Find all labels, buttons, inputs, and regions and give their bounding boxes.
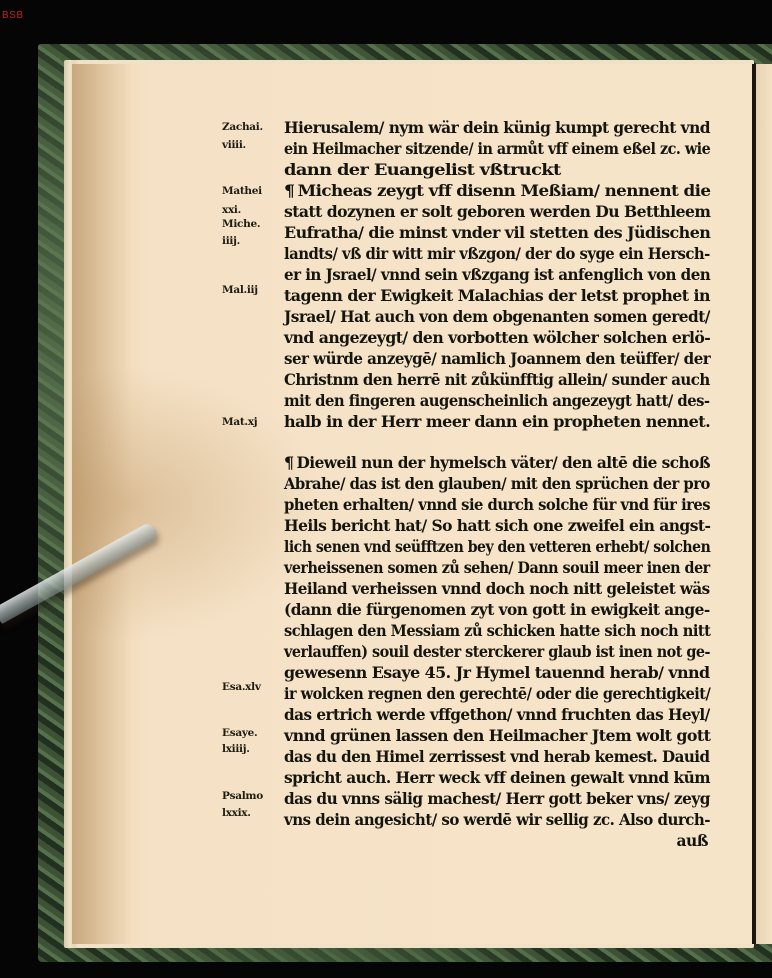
text-line: pheten erhalten/ vnnd sie durch solche f…: [284, 494, 710, 515]
margin-note: xxi.: [222, 203, 241, 218]
library-watermark: BSB: [2, 10, 24, 21]
margin-note: lxxix.: [222, 806, 251, 821]
text-line: Christnm den herrē nit zůkünfftig allein…: [284, 369, 710, 390]
text-line: halb in der Herr meer dann ein propheten…: [284, 411, 710, 432]
text-line: er in Jsrael/ vnnd sein vßzgang ist anfe…: [284, 264, 710, 285]
paragraph-mark-icon: ¶: [284, 453, 294, 472]
margin-note: Psalmo: [222, 789, 263, 804]
text-line: ir wolcken regnen den gerechtē/ oder die…: [284, 683, 710, 704]
text-line-paragraph-start: ¶Micheas zeygt vff disenn Meßiam/ nennen…: [284, 180, 710, 201]
margin-note: Miche.: [222, 217, 260, 232]
margin-note: Esa.xlv: [222, 680, 261, 695]
text-line: Hierusalem/ nym wär dein künig kumpt ger…: [284, 117, 710, 138]
text-line: verlauffen) souil dester sterckerer glau…: [284, 641, 710, 662]
margin-note: Esaye.: [222, 726, 257, 741]
text-line: statt dozynen er solt geboren werden Du …: [284, 201, 710, 222]
text-line: das du vnns sälig machest/ Herr gott bek…: [284, 788, 710, 809]
text-line: Jsrael/ Hat auch von dem obgenanten some…: [284, 306, 710, 327]
text-line: spricht auch. Herr weck vff deinen gewal…: [284, 767, 710, 788]
text-line: landts/ vß dir witt mir vßzgon/ der do s…: [284, 243, 710, 264]
text-line: verheissenen somen zů sehen/ Dann souil …: [284, 557, 710, 578]
facing-page-edge: [756, 64, 772, 944]
text-line: Heils bericht hat/ So hatt sich one zwei…: [284, 515, 710, 536]
text-line: ein Heilmacher sitzende/ in armůt vff ei…: [284, 138, 710, 159]
text-line: mit den fingeren augenscheinlich angezey…: [284, 390, 710, 411]
text-line: das ertrich werde vffgethon/ vnnd frucht…: [284, 704, 710, 725]
margin-note: Zachai.: [222, 120, 263, 135]
text-line: Abrahe/ das ist den glauben/ mit den spr…: [284, 473, 710, 494]
text-line: ser würde anzeygē/ namlich Joannem den t…: [284, 348, 710, 369]
text-line: Heiland verheissen vnnd doch noch nitt g…: [284, 578, 710, 599]
margin-note: viiii.: [222, 138, 246, 153]
paragraph-mark-icon: ¶: [284, 181, 294, 200]
margin-note: iiij.: [222, 234, 240, 249]
text-line: gewesenn Esaye 45. Jr Hymel tauennd hera…: [284, 662, 710, 683]
text-line: vnd angezeygt/ den vorbotten wölcher sol…: [284, 327, 710, 348]
text-line-paragraph-start: ¶Dieweil nun der hymelsch väter/ den alt…: [284, 452, 710, 473]
text-line: (dann die fürgenomen zyt von gott in ewi…: [284, 599, 710, 620]
catchword: auß: [677, 830, 708, 851]
text-line: tagenn der Ewigkeit Malachias der letst …: [284, 285, 710, 306]
margin-note: Mathei: [222, 184, 262, 199]
text-line: lich senen vnd seüfftzen bey den vettere…: [284, 536, 710, 557]
text-line: schlagen den Messiam zů schicken hatte s…: [284, 620, 710, 641]
margin-note: lxiiij.: [222, 742, 250, 757]
text-line: dann der Euangelist vßtruckt: [284, 159, 561, 180]
text-line: vnnd grünen lassen den Heilmacher Jtem w…: [284, 725, 710, 746]
text-line: vns dein angesicht/ so werdē wir sellig …: [284, 809, 710, 830]
text-line: das du den Himel zerrissest vnd herab ke…: [284, 746, 710, 767]
margin-note: Mat.xj: [222, 415, 257, 430]
text-line: Eufratha/ die minst vnder vil stetten de…: [284, 222, 710, 243]
margin-note: Mal.iij: [222, 283, 258, 298]
